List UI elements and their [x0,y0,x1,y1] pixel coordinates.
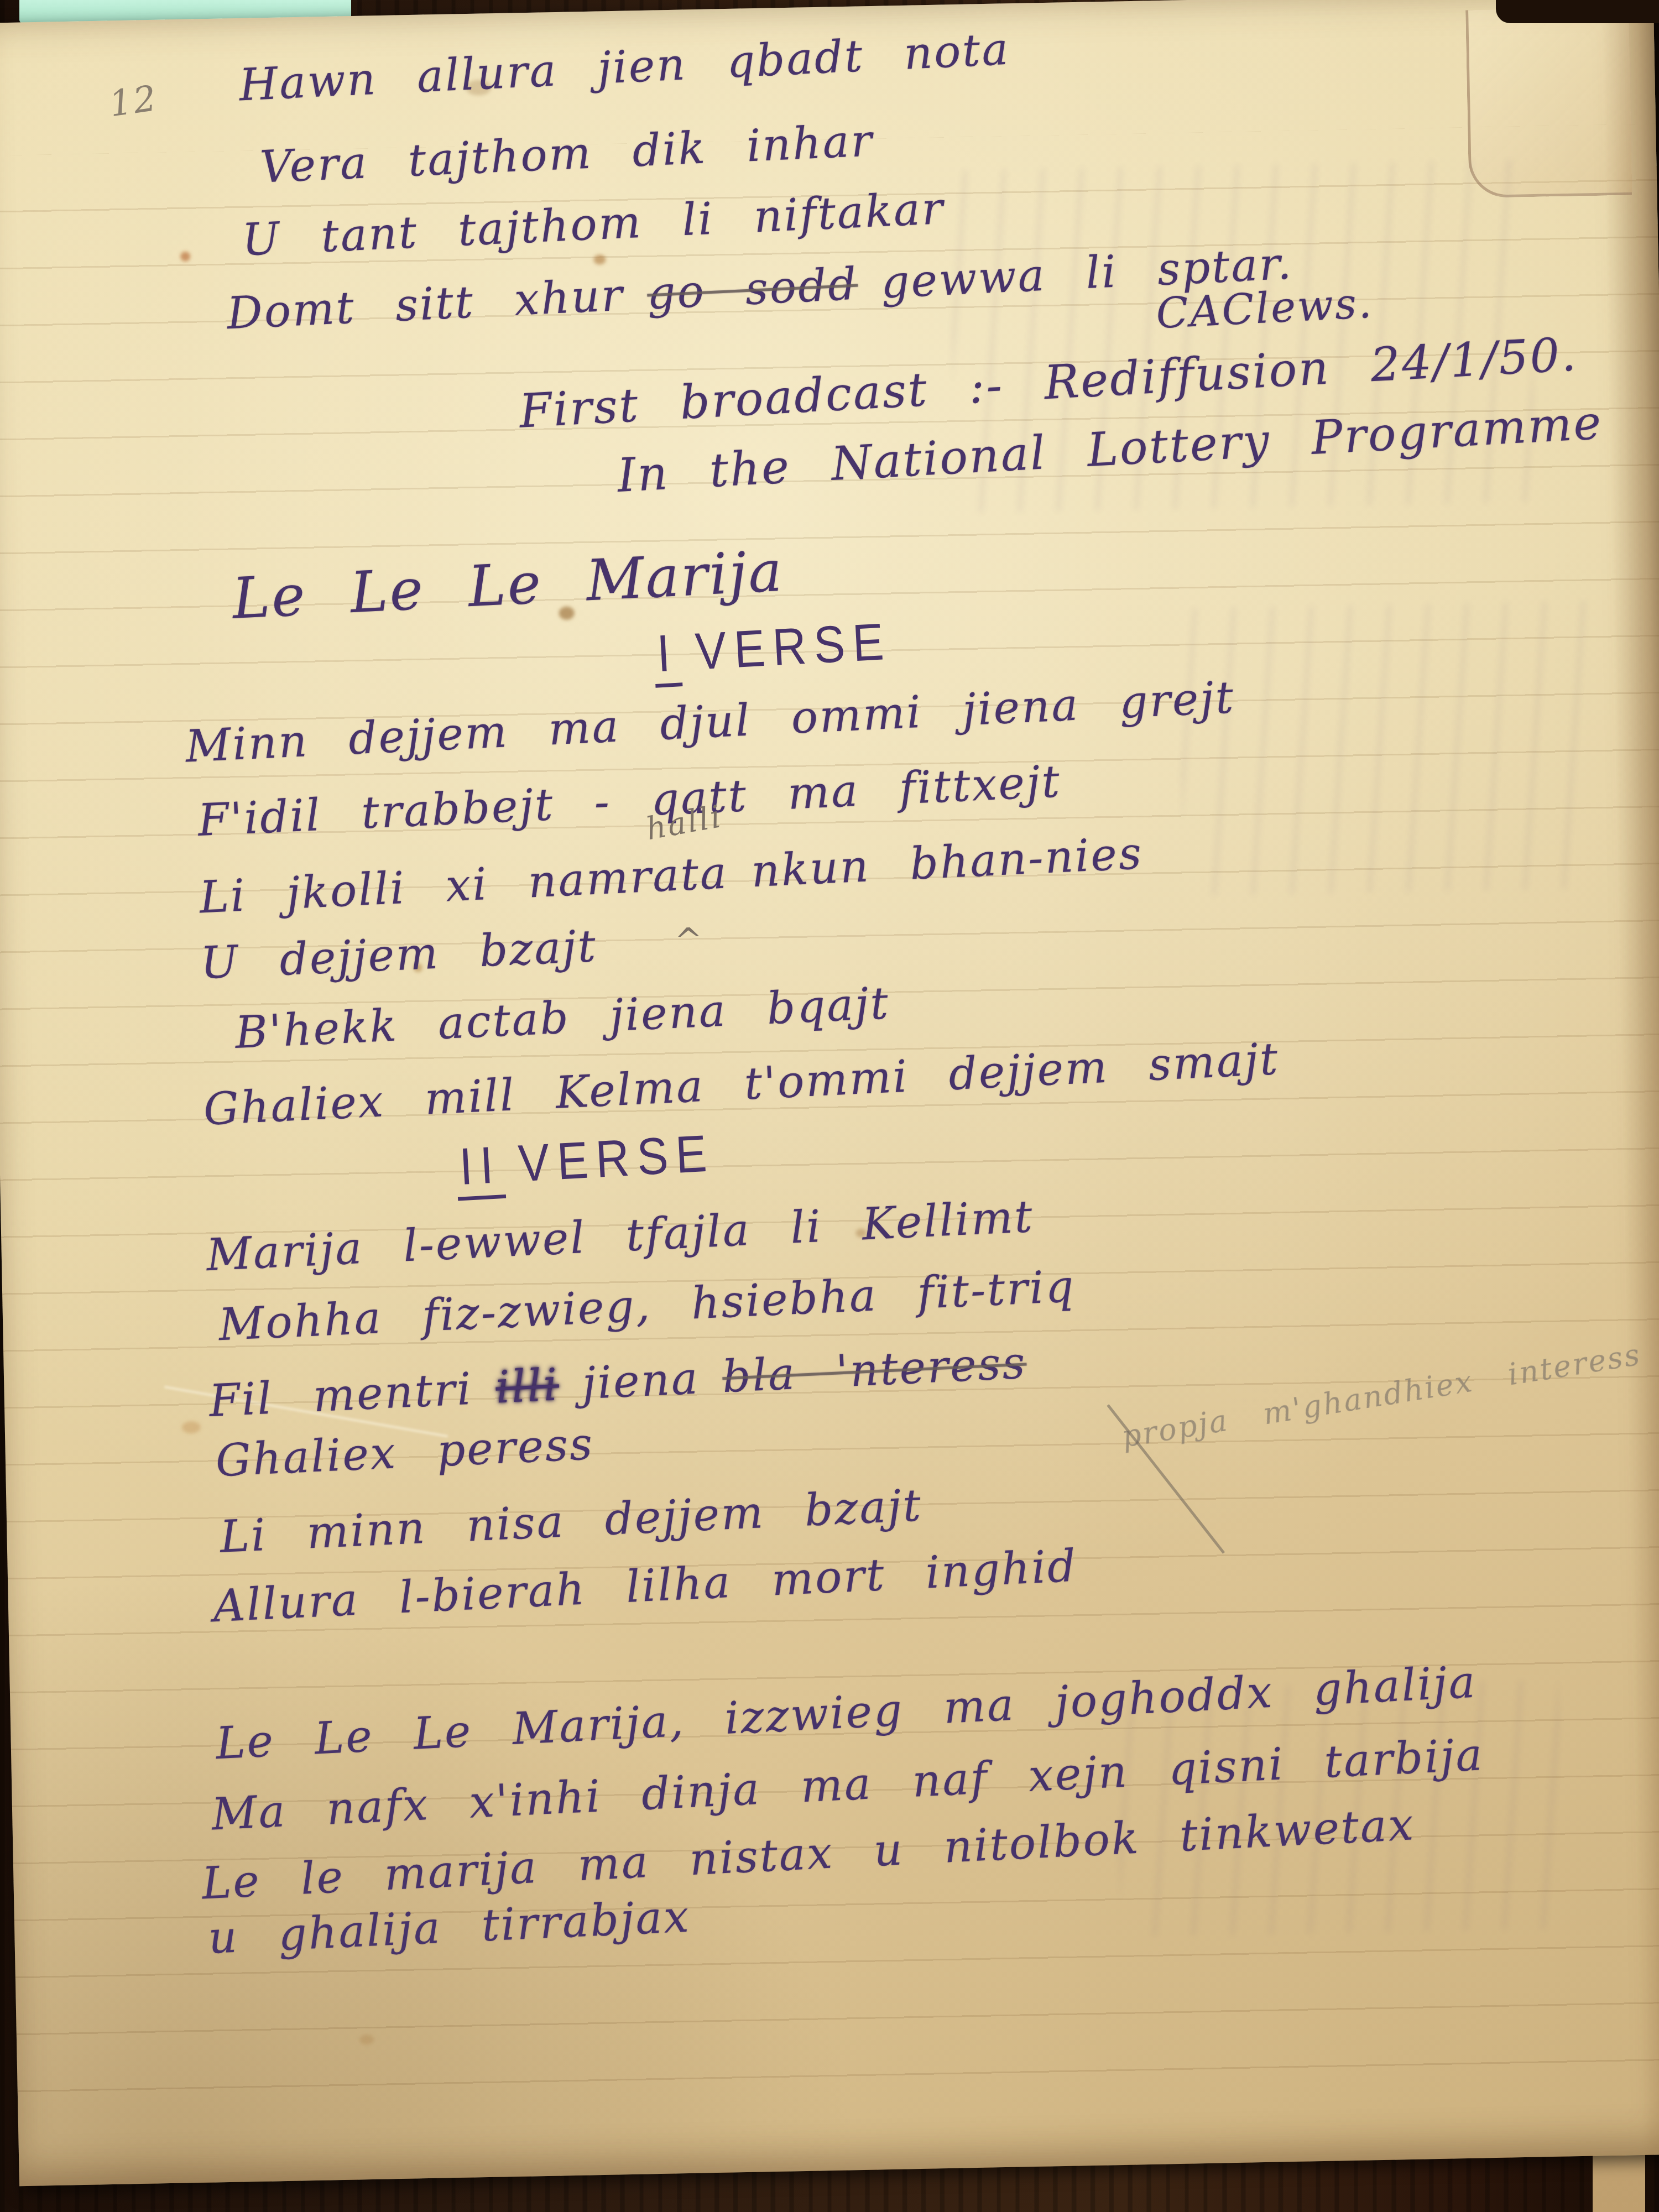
lyric-segment: jiena [581,1352,700,1409]
table-corner-notch [1496,0,1659,23]
verse2-heading-word: VERSE [517,1124,716,1192]
verse1-numeral: I [652,623,682,688]
verse2-numeral: II [455,1135,506,1201]
page-number: 12 [107,78,160,126]
verse1-heading-word: VERSE [694,612,893,680]
blotted-word: illi [494,1359,560,1413]
verse1-heading: IVERSE [652,611,893,684]
insertion-caret: ^ [674,921,705,961]
lyric-line: Hawn allura jien qbadt nota [238,23,1011,111]
struck-words: go sodd [646,258,859,320]
notebook-page: 12 Hawn allura jien qbadt nota Vera tajt… [0,0,1659,2186]
ink-showthrough [1178,601,1599,896]
